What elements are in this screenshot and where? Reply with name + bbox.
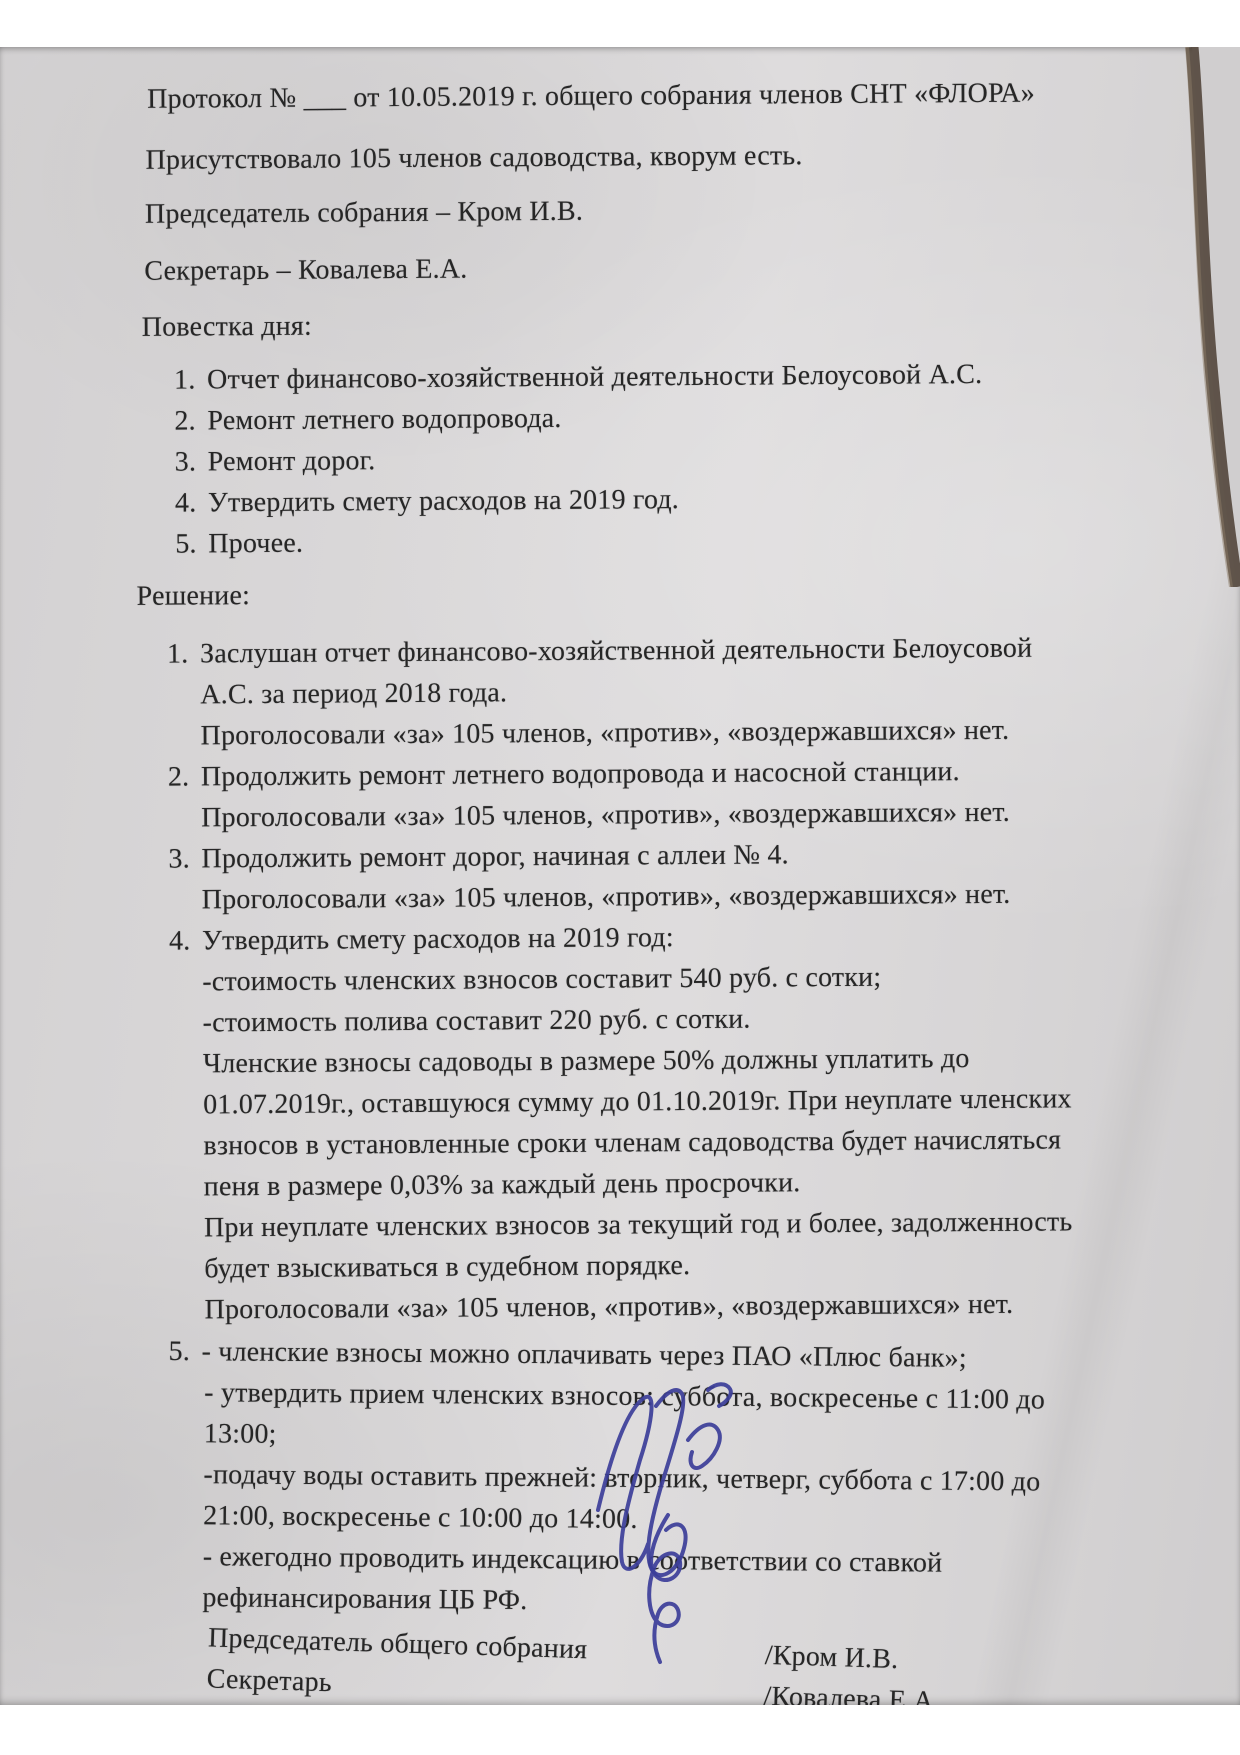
- decision-line: -стоимость полива составит 220 руб. с со…: [202, 995, 1238, 1043]
- agenda-item-number: 3.: [175, 441, 208, 482]
- agenda-item-number: 1.: [174, 359, 207, 400]
- signoff-name: /Ковалева Е.А.: [763, 1676, 942, 1705]
- vote-line: Проголосовали «за» 105 членов, «против»,…: [202, 872, 1238, 920]
- decision-number: 5.: [168, 1331, 201, 1372]
- decision-item: 1.Заслушан отчет финансово-хозяйственной…: [150, 626, 1237, 757]
- scanned-document-photo: Протокол № ___ от 10.05.2019 г. общего с…: [0, 47, 1240, 1705]
- attendance-line: Присутствовало 105 членов садоводства, к…: [145, 132, 1232, 181]
- decision-item: 2.Продолжить ремонт летнего водопровода …: [151, 749, 1238, 839]
- agenda-item-text: Прочее.: [208, 523, 303, 565]
- decision-line: При неуплате членских взносов за текущий…: [204, 1200, 1240, 1248]
- agenda-item-text: Ремонт летнего водопровода.: [207, 398, 561, 441]
- agenda-item-text: Ремонт дорог.: [208, 440, 376, 482]
- decision-line: взносов в установленные сроки членам сад…: [203, 1118, 1239, 1166]
- vote-line: Проголосовали «за» 105 членов, «против»,…: [204, 1282, 1240, 1330]
- decision-number: 1.: [167, 633, 200, 674]
- decision-heading: Решение:: [136, 568, 1235, 617]
- decision-line: Заслушан отчет финансово-хозяйственной д…: [200, 628, 1033, 675]
- decision-line: 01.07.2019г., оставшуюся сумму до 01.10.…: [203, 1077, 1239, 1125]
- decision-line: Членские взносы садоводы в размере 50% д…: [203, 1036, 1239, 1084]
- agenda-item: 5.Прочее.: [175, 516, 1235, 564]
- decision-number: 4.: [169, 920, 202, 961]
- decision-number: 3.: [168, 838, 201, 879]
- decision-line: Продолжить ремонт дорог, начиная с аллеи…: [201, 834, 789, 879]
- doc-title: Протокол № ___ от 10.05.2019 г. общего с…: [147, 71, 1232, 120]
- decision-line: -стоимость членских взносов составит 540…: [202, 954, 1238, 1002]
- decision-line: Утвердить смету расходов на 2019 год:: [202, 917, 674, 961]
- decision-number: 2.: [168, 756, 201, 797]
- secretary-line: Секретарь – Ковалева Е.А.: [144, 243, 1233, 292]
- decision-line: - членские взносы можно оплачивать через…: [201, 1331, 967, 1379]
- chairman-line: Председатель собрания – Кром И.В.: [145, 186, 1233, 235]
- agenda-list: 1.Отчет финансово-хозяйственной деятельн…: [148, 352, 1235, 565]
- vote-line: Проголосовали «за» 105 членов, «против»,…: [200, 708, 1236, 756]
- decision-line: пеня в размере 0,03% за каждый день прос…: [204, 1159, 1240, 1207]
- decision-item: 4.Утвердить смету расходов на 2019 год: …: [152, 913, 1240, 1331]
- decision-item: 3.Продолжить ремонт дорог, начиная с алл…: [151, 831, 1238, 921]
- vote-line: Проголосовали «за» 105 членов, «против»,…: [201, 790, 1237, 838]
- decision-line: А.С. за период 2018 года.: [200, 667, 1236, 715]
- decision-line: будет взыскиваться в судебном порядке.: [204, 1241, 1240, 1289]
- chairman-signature: [598, 1384, 731, 1575]
- agenda-heading: Повестка дня:: [142, 299, 1234, 348]
- agenda-item-number: 5.: [175, 523, 208, 564]
- agenda-item-text: Отчет финансово-хозяйственной деятельнос…: [207, 354, 982, 400]
- signatures-overlay: [560, 1380, 800, 1680]
- agenda-item-number: 4.: [175, 482, 208, 523]
- agenda-item-number: 2.: [174, 400, 207, 441]
- secretary-signature: [649, 1515, 680, 1662]
- decision-line: Продолжить ремонт летнего водопровода и …: [201, 751, 960, 797]
- agenda-item-text: Утвердить смету расходов на 2019 год.: [208, 479, 679, 523]
